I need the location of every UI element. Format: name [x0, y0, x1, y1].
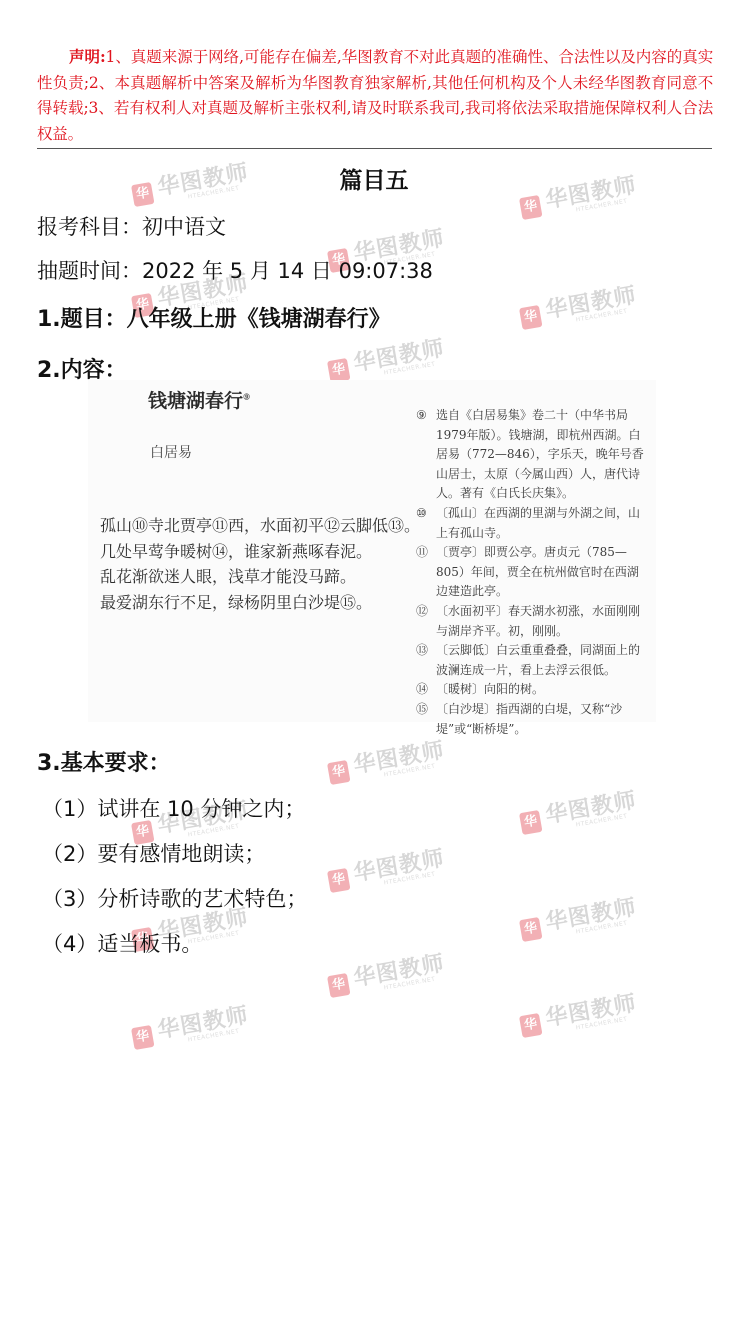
- watermark: 华华图教师HTEACHER.NET: [518, 993, 639, 1041]
- footnote: ⑭〔暖树〕向阳的树。: [416, 680, 648, 700]
- watermark-logo-icon: 华: [131, 1025, 155, 1050]
- footnote: ⑮〔白沙堤〕指西湖的白堤，又称“沙堤”或“断桥堤”。: [416, 700, 648, 739]
- watermark: 华华图教师HTEACHER.NET: [518, 285, 639, 333]
- requirements-heading: 3.基本要求：: [37, 746, 171, 777]
- watermark: 华华图教师HTEACHER.NET: [518, 790, 639, 838]
- watermark-logo-icon: 华: [327, 868, 351, 893]
- footnote: ⑫〔水面初平〕春天湖水初涨，水面刚刚与湖岸齐平。初，刚刚。: [416, 602, 648, 641]
- footnote: ⑬〔云脚低〕白云重重叠叠，同湖面上的波澜连成一片，看上去浮云很低。: [416, 641, 648, 680]
- footnote: ⑪〔贾亭〕即贾公亭。唐贞元（785—805）年间，贾全在杭州做官时在西湖边建造此…: [416, 543, 648, 602]
- disclaimer-text: 1、真题来源于网络,可能存在偏差,华图教育不对此真题的准确性、合法性以及内容的真…: [37, 48, 713, 143]
- watermark: 华华图教师HTEACHER.NET: [518, 897, 639, 945]
- draw-time-line: 抽题时间：2022 年 5 月 14 日 09:07:38: [37, 255, 433, 285]
- watermark: 华华图教师HTEACHER.NET: [130, 1005, 251, 1053]
- requirement-item: （1）试讲在 10 分钟之内；: [42, 793, 305, 823]
- draw-time-value: 2022 年 5 月 14 日 09:07:38: [142, 259, 433, 283]
- poem-body: 孤山⑩寺北贾亭⑪西，水面初平⑫云脚低⑬。 几处早莺争暖树⑭，谁家新燕啄春泥。 乱…: [100, 513, 420, 615]
- divider: [37, 148, 712, 149]
- requirement-item: （4）适当板书。: [42, 928, 202, 958]
- disclaimer-lead: 声明:: [69, 47, 105, 66]
- subject-value: 初中语文: [142, 215, 226, 239]
- footnote: ⑨选自《白居易集》卷二十（中华书局1979年版）。钱塘湖，即杭州西湖。白居易（7…: [416, 406, 648, 504]
- poem-line: 几处早莺争暖树⑭，谁家新燕啄春泥。: [100, 539, 420, 565]
- textbook-scan-image: 钱塘湖春行⑨ 白居易 孤山⑩寺北贾亭⑪西，水面初平⑫云脚低⑬。 几处早莺争暖树⑭…: [88, 380, 656, 722]
- watermark: 华华图教师HTEACHER.NET: [326, 338, 447, 386]
- subject-line: 报考科目：初中语文: [37, 211, 226, 241]
- requirement-item: （3）分析诗歌的艺术特色；: [42, 883, 307, 913]
- footnote: ⑩〔孤山〕在西湖的里湖与外湖之间，山上有孤山寺。: [416, 504, 648, 543]
- topic-value: 八年级上册《钱塘湖春行》: [127, 307, 391, 332]
- poem-line: 乱花渐欲迷人眼，浅草才能没马蹄。: [100, 564, 420, 590]
- watermark: 华华图教师HTEACHER.NET: [326, 953, 447, 1001]
- watermark: 华华图教师HTEACHER.NET: [326, 740, 447, 788]
- watermark-logo-icon: 华: [519, 917, 543, 942]
- watermark-logo-icon: 华: [327, 760, 351, 785]
- watermark-logo-icon: 华: [519, 305, 543, 330]
- watermark-logo-icon: 华: [327, 973, 351, 998]
- draw-time-label: 抽题时间：: [37, 259, 142, 283]
- topic-heading: 1.题目：八年级上册《钱塘湖春行》: [37, 302, 391, 333]
- topic-label: 1.题目：: [37, 307, 127, 332]
- poem-line: 孤山⑩寺北贾亭⑪西，水面初平⑫云脚低⑬。: [100, 513, 420, 539]
- poem-title: 钱塘湖春行⑨: [148, 386, 250, 413]
- requirement-item: （2）要有感情地朗读；: [42, 838, 265, 868]
- disclaimer: 声明:1、真题来源于网络,可能存在偏差,华图教育不对此真题的准确性、合法性以及内…: [37, 44, 713, 147]
- watermark: 华华图教师HTEACHER.NET: [326, 848, 447, 896]
- poem-line: 最爱湖东行不足，绿杨阴里白沙堤⑮。: [100, 590, 420, 616]
- subject-label: 报考科目：: [37, 215, 142, 239]
- poem-author: 白居易: [150, 442, 192, 462]
- page-title: 篇目五: [0, 162, 748, 195]
- watermark-logo-icon: 华: [519, 1013, 543, 1038]
- footnotes: ⑨选自《白居易集》卷二十（中华书局1979年版）。钱塘湖，即杭州西湖。白居易（7…: [416, 406, 648, 739]
- watermark-logo-icon: 华: [519, 195, 543, 220]
- watermark-logo-icon: 华: [519, 810, 543, 835]
